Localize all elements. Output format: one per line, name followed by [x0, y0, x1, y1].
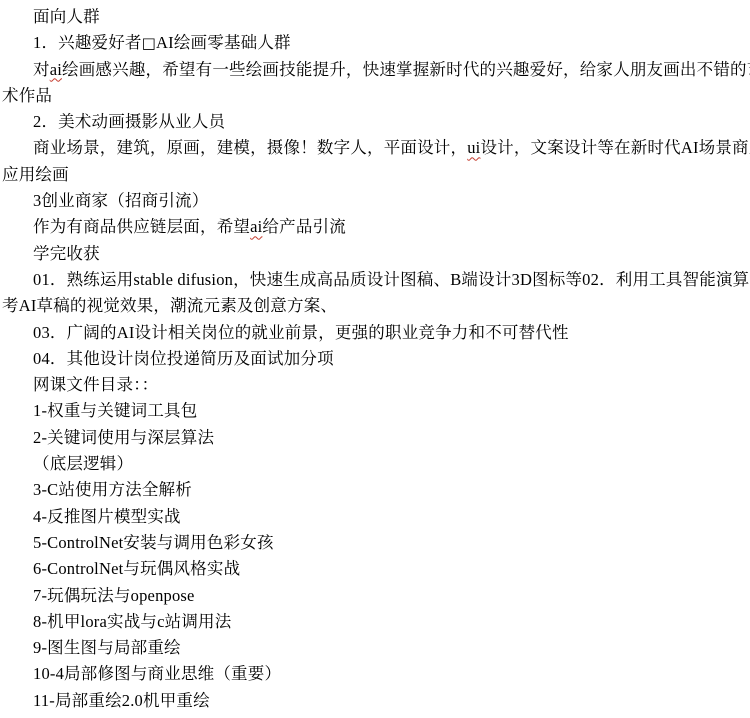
text-line: 03．广阔的AI设计相关岗位的就业前景，更强的职业竞争力和不可替代性 — [2, 320, 750, 346]
text-line: 9-图生图与局部重绘 — [2, 635, 750, 661]
text-segment: AI绘画零基础人群 — [156, 33, 291, 52]
text-line: 5-ControlNet安装与调用色彩女孩 — [2, 530, 750, 556]
text-segment: 设计，文案设计等在新时代AI场景商业 — [480, 138, 750, 157]
text-segment: 商业场景，建筑，原画，建模，摄像！数字人，平面设计， — [33, 138, 467, 157]
text-segment: 对 — [33, 60, 50, 79]
text-segment: （底层逻辑） — [33, 454, 133, 473]
text-segment: 绘画感兴趣，希望有一些绘画技能提升，快速掌握新时代的兴趣爱好，给家人朋友画出不错… — [62, 60, 750, 79]
text-line-wrapped: 应用绘画 — [2, 162, 750, 188]
text-segment: 5-ControlNet安装与调用色彩女孩 — [33, 533, 274, 552]
text-line: 4-反推图片模型实战 — [2, 504, 750, 530]
document-page: 面向人群1．兴趣爱好者□AI绘画零基础人群对ai绘画感兴趣，希望有一些绘画技能提… — [0, 0, 750, 718]
text-segment: 面向人群 — [33, 7, 100, 26]
text-segment: 1-权重与关键词工具包 — [33, 401, 197, 420]
text-segment: 01．熟练运用stable difusion，快速生成高品质设计图稿、B端设计3… — [33, 270, 750, 289]
text-line: 学完收获 — [2, 241, 750, 267]
text-line: 2-关键词使用与深层算法 — [2, 425, 750, 451]
text-segment: 2-关键词使用与深层算法 — [33, 428, 214, 447]
text-segment: 2．美术动画摄影从业人员 — [33, 112, 225, 131]
text-segment: 8-机甲lora实战与c站调用法 — [33, 612, 231, 631]
missing-glyph-box: □ — [142, 34, 156, 52]
text-segment: 学完收获 — [33, 244, 100, 263]
text-line: 04．其他设计岗位投递简历及面试加分项 — [2, 346, 750, 372]
text-segment: 04．其他设计岗位投递简历及面试加分项 — [33, 349, 334, 368]
text-segment: 6-ControlNet与玩偶风格实战 — [33, 559, 240, 578]
misspelled-word: ai — [50, 60, 62, 79]
text-segment: 3-C站使用方法全解析 — [33, 480, 192, 499]
text-line: 对ai绘画感兴趣，希望有一些绘画技能提升，快速掌握新时代的兴趣爱好，给家人朋友画… — [2, 57, 750, 83]
text-segment: 4-反推图片模型实战 — [33, 507, 181, 526]
text-line: 面向人群 — [2, 4, 750, 30]
text-line-wrapped: 考AI草稿的视觉效果，潮流元素及创意方案、 — [2, 293, 750, 319]
text-segment: 给产品引流 — [262, 217, 346, 236]
text-segment: 03．广阔的AI设计相关岗位的就业前景，更强的职业竞争力和不可替代性 — [33, 323, 569, 342]
text-line: 8-机甲lora实战与c站调用法 — [2, 609, 750, 635]
text-line: 1．兴趣爱好者□AI绘画零基础人群 — [2, 30, 750, 56]
text-segment: 应用绘画 — [2, 165, 69, 184]
text-line: 01．熟练运用stable difusion，快速生成高品质设计图稿、B端设计3… — [2, 267, 750, 293]
text-segment: 3创业商家（招商引流） — [33, 191, 208, 210]
text-line: 1-权重与关键词工具包 — [2, 398, 750, 424]
text-segment: 术作品 — [2, 86, 52, 105]
misspelled-word: ui — [467, 138, 480, 157]
text-segment: 7-玩偶玩法与openpose — [33, 586, 195, 605]
text-segment: 网课文件目录：： — [33, 375, 158, 394]
text-line: 2．美术动画摄影从业人员 — [2, 109, 750, 135]
text-segment: 11-局部重绘2.0机甲重绘 — [33, 691, 210, 710]
text-line: 作为有商品供应链层面，希望ai给产品引流 — [2, 214, 750, 240]
text-line: （底层逻辑） — [2, 451, 750, 477]
document-body: 面向人群1．兴趣爱好者□AI绘画零基础人群对ai绘画感兴趣，希望有一些绘画技能提… — [2, 4, 750, 714]
text-segment: 10-4局部修图与商业思维（重要） — [33, 664, 281, 683]
text-line-wrapped: 术作品 — [2, 83, 750, 109]
text-line: 3-C站使用方法全解析 — [2, 477, 750, 503]
text-line: 11-局部重绘2.0机甲重绘 — [2, 688, 750, 714]
text-segment: 作为有商品供应链层面，希望 — [33, 217, 250, 236]
text-line: 7-玩偶玩法与openpose — [2, 583, 750, 609]
text-line: 10-4局部修图与商业思维（重要） — [2, 661, 750, 687]
text-segment: 9-图生图与局部重绘 — [33, 638, 181, 657]
text-segment: 1．兴趣爱好者 — [33, 33, 142, 52]
text-line: 3创业商家（招商引流） — [2, 188, 750, 214]
text-line: 网课文件目录：： — [2, 372, 750, 398]
text-segment: 考AI草稿的视觉效果，潮流元素及创意方案、 — [2, 296, 337, 315]
misspelled-word: ai — [250, 217, 262, 236]
text-line: 商业场景，建筑，原画，建模，摄像！数字人，平面设计，ui设计，文案设计等在新时代… — [2, 135, 750, 161]
text-line: 6-ControlNet与玩偶风格实战 — [2, 556, 750, 582]
